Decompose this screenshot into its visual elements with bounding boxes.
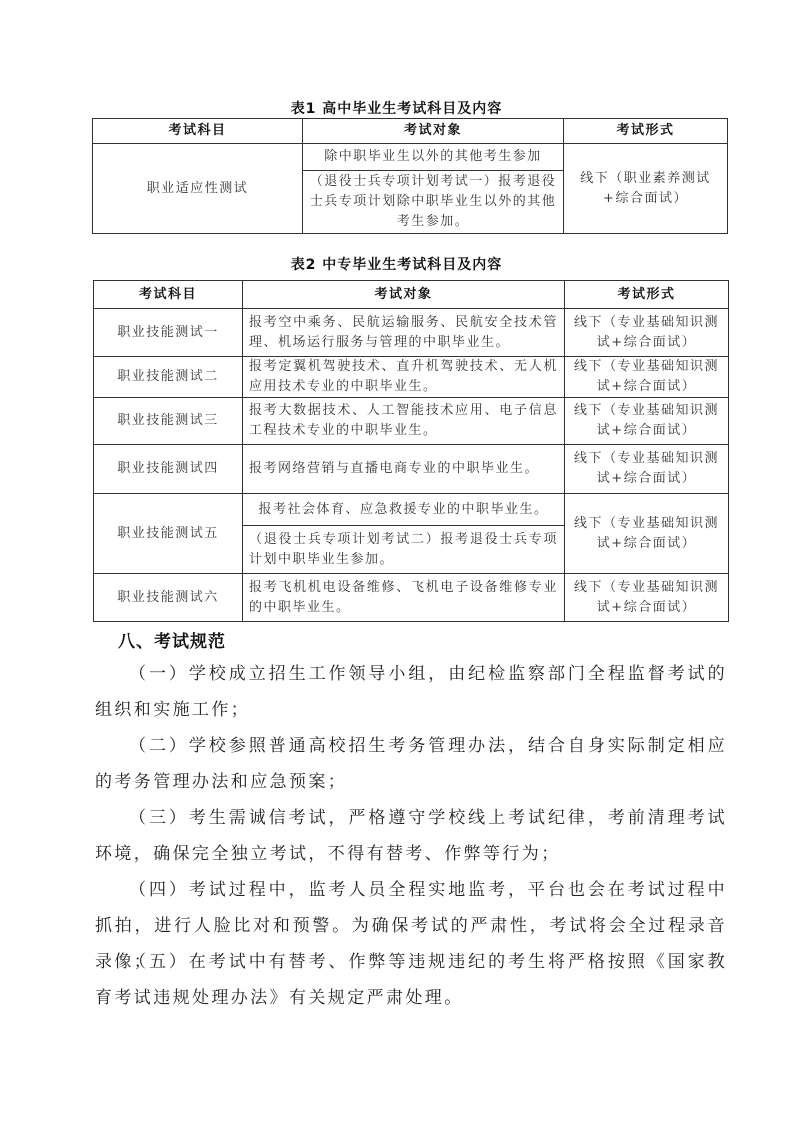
table2-subject: 职业技能测试四 [94,445,243,494]
table2: 考试科目 考试对象 考试形式 职业技能测试一 报考空中乘务、民航运输服务、民航安… [93,280,729,622]
table2-format: 线下（专业基础知识测试+综合面试） [565,494,729,574]
table2-target: 报考空中乘务、民航运输服务、民航安全技术管理、机场运行服务与管理的中职毕业生。 [243,309,565,357]
paragraph-3: （三）考生需诚信考试，严格遵守学校线上考试纪律，考前清理考试环境，确保完全独立考… [95,800,727,872]
table2-target: 报考网络营销与直播电商专业的中职毕业生。 [243,445,565,494]
table1-header-target: 考试对象 [303,119,564,144]
table1-format: 线下（职业素养测试+综合面试） [564,144,728,234]
table-row: 职业技能测试五 报考社会体育、应急救援专业的中职毕业生。 线下（专业基础知识测试… [94,494,729,526]
table2-caption: 表2 中专毕业生考试科目及内容 [0,254,793,274]
paragraph-5: （五）在考试中有替考、作弊等违规违纪的考生将严格按照《国家教育考试违规处理办法》… [95,944,727,1016]
table2-subject: 职业技能测试六 [94,574,243,622]
table2-format: 线下（专业基础知识测试+综合面试） [565,445,729,494]
table-row: 职业技能测试二 报考定翼机驾驶技术、直升机驾驶技术、无人机应用技术专业的中职毕业… [94,357,729,398]
table2-subject: 职业技能测试五 [94,494,243,574]
table1-header-subject: 考试科目 [93,119,303,144]
table1: 考试科目 考试对象 考试形式 职业适应性测试 除中职毕业生以外的其他考生参加 线… [92,118,728,234]
table1-target: 除中职毕业生以外的其他考生参加 [303,144,564,171]
table1-header-format: 考试形式 [564,119,728,144]
table-row: 职业技能测试一 报考空中乘务、民航运输服务、民航安全技术管理、机场运行服务与管理… [94,309,729,357]
table2-target: 报考定翼机驾驶技术、直升机驾驶技术、无人机应用技术专业的中职毕业生。 [243,357,565,398]
table-row: 职业适应性测试 除中职毕业生以外的其他考生参加 线下（职业素养测试+综合面试） [93,144,728,171]
paragraph-1: （一）学校成立招生工作领导小组，由纪检监察部门全程监督考试的组织和实施工作； [95,656,727,728]
paragraph-2: （二）学校参照普通高校招生考务管理办法，结合自身实际制定相应的考务管理办法和应急… [95,728,727,800]
table2-format: 线下（专业基础知识测试+综合面试） [565,398,729,445]
table1-caption: 表1 高中毕业生考试科目及内容 [0,98,793,118]
table2-header-target: 考试对象 [243,281,565,309]
table-row: 职业技能测试六 报考飞机机电设备维修、飞机电子设备维修专业的中职毕业生。 线下（… [94,574,729,622]
table1-target: （退役士兵专项计划考试一）报考退役士兵专项计划除中职毕业生以外的其他考生参加。 [303,171,564,234]
table2-format: 线下（专业基础知识测试+综合面试） [565,574,729,622]
table2-format: 线下（专业基础知识测试+综合面试） [565,309,729,357]
section-heading: 八、考试规范 [118,627,226,652]
table2-subject: 职业技能测试二 [94,357,243,398]
table2-subject: 职业技能测试三 [94,398,243,445]
table2-header-format: 考试形式 [565,281,729,309]
table2-target: （退役士兵专项计划考试二）报考退役士兵专项计划中职毕业生参加。 [243,526,565,574]
table1-subject: 职业适应性测试 [93,144,303,234]
table2-header-subject: 考试科目 [94,281,243,309]
table2-target: 报考大数据技术、人工智能技术应用、电子信息工程技术专业的中职毕业生。 [243,398,565,445]
table-row: 职业技能测试三 报考大数据技术、人工智能技术应用、电子信息工程技术专业的中职毕业… [94,398,729,445]
table2-subject: 职业技能测试一 [94,309,243,357]
table2-target: 报考社会体育、应急救援专业的中职毕业生。 [243,494,565,526]
table-row: 职业技能测试四 报考网络营销与直播电商专业的中职毕业生。 线下（专业基础知识测试… [94,445,729,494]
table2-format: 线下（专业基础知识测试+综合面试） [565,357,729,398]
table2-target: 报考飞机机电设备维修、飞机电子设备维修专业的中职毕业生。 [243,574,565,622]
